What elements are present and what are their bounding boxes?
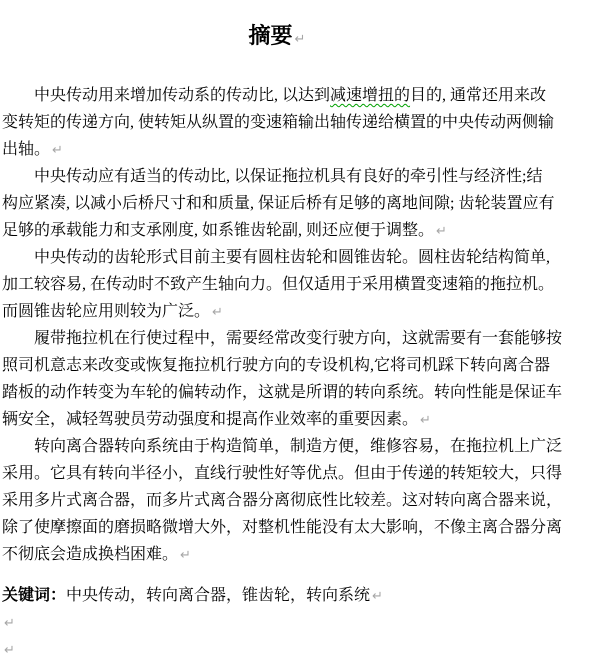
text-line: 履带拖拉机在行使过程中，需要经常改变行驶方向，这就需要有一套能够按: [2, 325, 598, 352]
text-line: 加工较容易, 在传动时不致产生轴向力。但仅适用于采用横置变速箱的拖拉机。: [2, 271, 598, 298]
keywords-label: 关键词：: [2, 587, 66, 604]
paragraph-mark-icon: ↵: [418, 412, 431, 427]
text-segment: 采用。它具有转向半径小，直线行驶性好等优点。但由于传递的转矩较大，只得: [2, 465, 562, 482]
text-line: 而圆锥齿轮应用则较为广泛。↵: [2, 298, 598, 325]
empty-line: ↵: [2, 636, 598, 656]
paragraph-mark-icon: ↵: [210, 304, 223, 319]
text-segment: 出轴。: [2, 141, 50, 158]
text-line: 中央传动的齿轮形式目前主要有圆柱齿轮和圆锥齿轮。圆柱齿轮结构简单,: [2, 244, 598, 271]
text-segment: 转向离合器转向系统由于构造简单，制造方便，维修容易，在拖拉机上广泛: [34, 438, 562, 455]
keywords-text: 中央传动，转向离合器，锥齿轮，转向系统: [66, 587, 370, 604]
title-text: 摘要: [249, 23, 293, 48]
document-page: 摘要↵ 中央传动用来增加传动系的传动比, 以达到减速增扭的目的, 通常还用来改变…: [0, 0, 600, 656]
paragraph-mark-icon: ↵: [434, 223, 447, 238]
text-segment: 采用多片式离合器，而多片式离合器分离彻底性比较差。这对转向离合器来说，: [2, 492, 562, 509]
text-segment: 除了使摩擦面的磨损略微增大外，对整机性能没有太大影响，不像主离合器分离: [2, 519, 562, 536]
text-line: 采用多片式离合器，而多片式离合器分离彻底性比较差。这对转向离合器来说，: [2, 487, 598, 514]
paragraph-mark-icon: ↵: [293, 31, 306, 46]
text-segment: 履带拖拉机在行使过程中，需要经常改变行驶方向，这就需要有一套能够按: [34, 330, 562, 347]
paragraph-mark-icon: ↵: [50, 142, 63, 157]
text-line: 辆安全，减轻驾驶员劳动强度和提高作业效率的重要因素。↵: [2, 406, 598, 433]
trailing-empty-lines: ↵↵: [2, 609, 598, 656]
text-segment: 目的, 通常还用来改: [410, 87, 546, 104]
text-line: 中央传动应有适当的传动比, 以保证拖拉机具有良好的牵引性与经济性;结: [2, 163, 598, 190]
text-segment: 照司机意志来改变或恢复拖拉机行驶方向的专设机构,它将司机踩下转向离合器: [2, 357, 550, 374]
text-line: 除了使摩擦面的磨损略微增大外，对整机性能没有太大影响，不像主离合器分离: [2, 514, 598, 541]
text-line: 采用。它具有转向半径小，直线行驶性好等优点。但由于传递的转矩较大，只得: [2, 460, 598, 487]
text-segment: 加工较容易, 在传动时不致产生轴向力。但仅适用于采用横置变速箱的拖拉机。: [2, 276, 554, 293]
text-line: 踏板的动作转变为车轮的偏转动作，这就是所谓的转向系统。转向性能是保证车: [2, 379, 598, 406]
text-line: 照司机意志来改变或恢复拖拉机行驶方向的专设机构,它将司机踩下转向离合器: [2, 352, 598, 379]
text-segment: 变转矩的传递方向, 使转矩从纵置的变速箱输出轴传递给横置的中央传动两侧输: [2, 114, 554, 131]
grammar-check-underline: 减速增扭的: [330, 87, 410, 104]
paragraph-mark-icon: ↵: [2, 642, 15, 656]
empty-line: ↵: [2, 609, 598, 636]
text-line: 足够的承载能力和支承刚度, 如系锥齿轮副, 则还应便于调整。↵: [2, 217, 598, 244]
paragraph-mark-icon: ↵: [178, 547, 191, 562]
abstract-body: 中央传动用来增加传动系的传动比, 以达到减速增扭的目的, 通常还用来改变转矩的传…: [2, 82, 598, 568]
text-segment: 足够的承载能力和支承刚度, 如系锥齿轮副, 则还应便于调整。: [2, 222, 434, 239]
text-line: 中央传动用来增加传动系的传动比, 以达到减速增扭的目的, 通常还用来改: [2, 82, 598, 109]
text-line: 出轴。↵: [2, 136, 598, 163]
keywords-line: 关键词：中央传动，转向离合器，锥齿轮，转向系统↵: [2, 582, 598, 609]
text-segment: 不彻底会造成换档困难。: [2, 546, 178, 563]
text-segment: 踏板的动作转变为车轮的偏转动作，这就是所谓的转向系统。转向性能是保证车: [2, 384, 562, 401]
text-line: 不彻底会造成换档困难。↵: [2, 541, 598, 568]
text-segment: 中央传动用来增加传动系的传动比, 以达到: [34, 87, 330, 104]
paragraph-mark-icon: ↵: [2, 615, 15, 630]
document-title: 摘要↵: [0, 22, 554, 53]
text-line: 构应紧凑, 以减小后桥尺寸和和质量, 保证后桥有足够的离地间隙; 齿轮装置应有: [2, 190, 598, 217]
text-segment: 辆安全，减轻驾驶员劳动强度和提高作业效率的重要因素。: [2, 411, 418, 428]
text-segment: 构应紧凑, 以减小后桥尺寸和和质量, 保证后桥有足够的离地间隙; 齿轮装置应有: [2, 195, 554, 212]
text-segment: 中央传动应有适当的传动比, 以保证拖拉机具有良好的牵引性与经济性;结: [34, 168, 542, 185]
text-line: 变转矩的传递方向, 使转矩从纵置的变速箱输出轴传递给横置的中央传动两侧输: [2, 109, 598, 136]
paragraph-mark-icon: ↵: [370, 588, 383, 603]
text-line: 转向离合器转向系统由于构造简单，制造方便，维修容易，在拖拉机上广泛: [2, 433, 598, 460]
text-segment: 中央传动的齿轮形式目前主要有圆柱齿轮和圆锥齿轮。圆柱齿轮结构简单,: [34, 249, 550, 266]
text-segment: 而圆锥齿轮应用则较为广泛。: [2, 303, 210, 320]
